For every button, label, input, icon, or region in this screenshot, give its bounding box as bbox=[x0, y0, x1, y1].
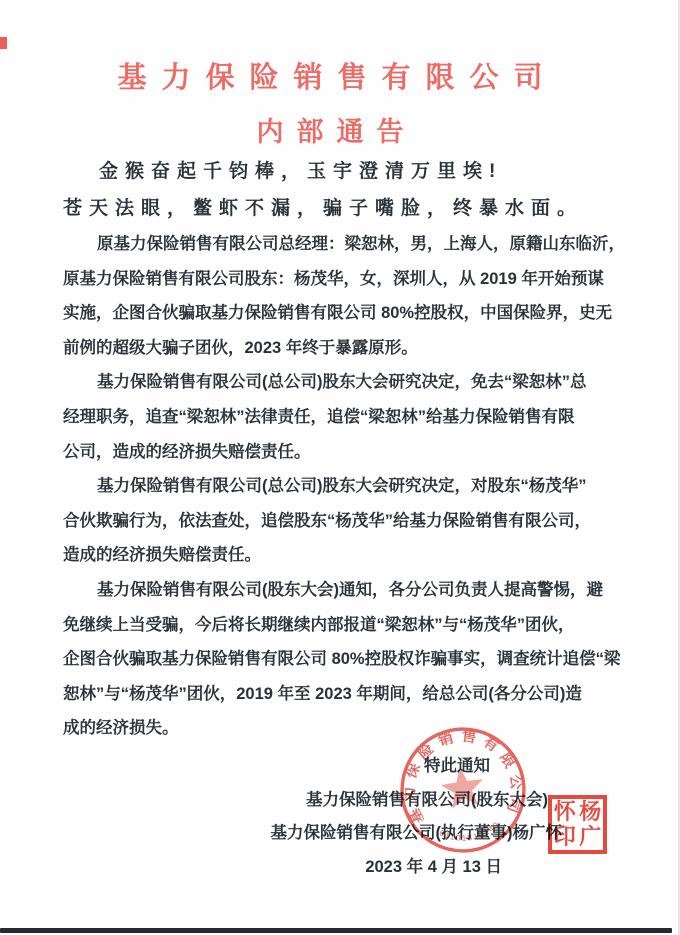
paragraph-line: 公司，造成的经济损失赔偿责任。 bbox=[63, 435, 623, 470]
paragraph-line: 企图合伙骗取基力保险销售有限公司 80%控股权诈骗事实，调查统计追偿“梁 bbox=[63, 642, 623, 677]
notice-body: 金猴奋起千钧棒，玉宇澄清万里埃! 苍天法眼，鳖虾不漏，骗子嘴脸，终暴水面。 原基… bbox=[63, 153, 623, 746]
notice-title: 内部通告 bbox=[0, 110, 660, 149]
paragraph-line: 原基力保险销售有限公司股东：杨茂华，女，深圳人，从 2019 年开始预谋 bbox=[63, 262, 623, 297]
slogan-line: 苍天法眼，鳖虾不漏，骗子嘴脸，终暴水面。 bbox=[63, 190, 623, 227]
paragraph-line: 免继续上当受骗，今后将长期继续内部报道“梁恕林”与“杨茂华”团伙， bbox=[63, 608, 623, 643]
paragraph-line: 成的经济损失。 bbox=[63, 711, 623, 746]
scan-edge-bottom bbox=[0, 928, 672, 933]
notice-date: 2023 年 4 月 13 日 bbox=[0, 853, 680, 877]
paragraph-line: 经理职务，追查“梁恕林”法律责任，追偿“梁恕林”给基力保险销售有限 bbox=[63, 400, 623, 435]
scan-red-mark bbox=[0, 37, 7, 49]
paragraph-line: 合伙欺骗行为，依法查处，追偿股东“杨茂华”给基力保险销售有限公司， bbox=[63, 504, 623, 539]
company-title: 基力保险销售有限公司 bbox=[0, 55, 660, 96]
slogan-line: 金猴奋起千钧棒，玉宇澄清万里埃! bbox=[63, 153, 623, 190]
paragraph-line: 基力保险销售有限公司(总公司)股东大会研究决定，对股东“杨茂华” bbox=[63, 469, 623, 504]
paragraph-line: 造成的经济损失赔偿责任。 bbox=[63, 538, 623, 573]
seal-char: 印 bbox=[552, 825, 578, 851]
seal-char: 怀 bbox=[552, 799, 578, 825]
star-icon bbox=[439, 764, 487, 810]
personal-name-seal: 怀 杨 印 广 bbox=[548, 795, 607, 854]
company-round-seal: 基力保险销售有限公司 011018101496 bbox=[388, 715, 537, 864]
paragraph-line: 基力保险销售有限公司(总公司)股东大会研究决定，免去“梁恕林”总 bbox=[63, 365, 623, 400]
paragraph-line: 基力保险销售有限公司(股东大会)通知，各分公司负责人提高警惕，避 bbox=[63, 573, 623, 608]
paragraph-line: 原基力保险销售有限公司总经理：梁恕林，男，上海人，原籍山东临沂， bbox=[63, 227, 623, 262]
paragraph-line: 前例的超级大骗子团伙，2023 年终于暴露原形。 bbox=[63, 331, 623, 366]
notice-document-page: 基力保险销售有限公司 内部通告 金猴奋起千钧棒，玉宇澄清万里埃! 苍天法眼，鳖虾… bbox=[0, 0, 680, 935]
seal-char: 广 bbox=[578, 825, 604, 851]
paragraph-line: 实施，企图合伙骗取基力保险销售有限公司 80%控股权，中国保险界，史无 bbox=[63, 296, 623, 331]
closing-phrase: 特此通知 bbox=[0, 752, 680, 776]
seal-char: 杨 bbox=[578, 799, 604, 825]
paragraph-line: 恕林”与“杨茂华”团伙，2019 年至 2023 年期间，给总公司(各分公司)造 bbox=[63, 677, 623, 712]
